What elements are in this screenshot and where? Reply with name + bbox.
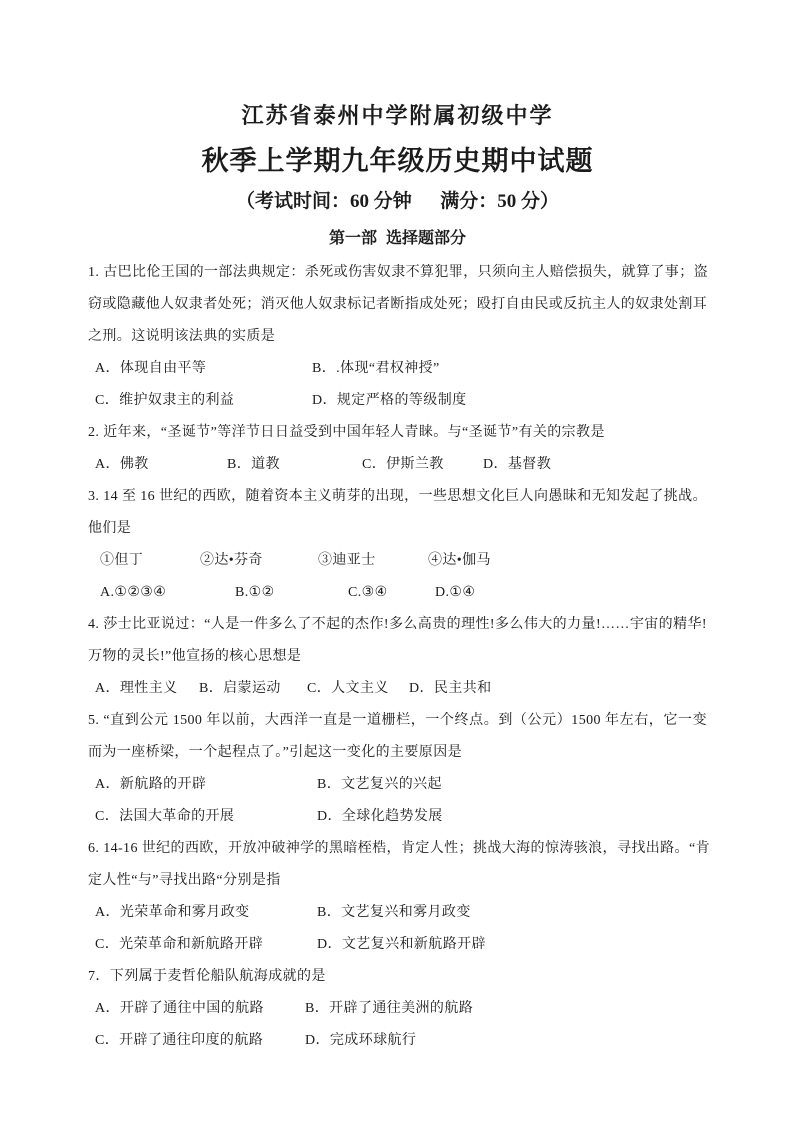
question-3-items-row: ①但丁②达•芬奇③迪亚士④达•伽马 xyxy=(88,545,707,577)
question-1-stem-line-1: 1. 古巴比伦王国的一部法典规定：杀死或伤害奴隶不算犯罪，只须向主人赔偿损失，就… xyxy=(88,257,707,289)
question-1-options-row-1: A．体现自由平等B．.体现“君权神授” xyxy=(88,353,707,385)
question-6-option-D: D．文艺复兴和新航路开辟 xyxy=(317,929,707,961)
question-4-option-D: D．民主共和 xyxy=(409,673,707,705)
question-3-item-2: ②达•芬奇 xyxy=(200,545,318,577)
school-name: 江苏省泰州中学附属初级中学 xyxy=(88,104,707,128)
question-7: 7．下列属于麦哲伦船队航海成就的是A．开辟了通往中国的航路B．开辟了通往美洲的航… xyxy=(88,961,707,1057)
exam-header: 江苏省泰州中学附属初级中学 秋季上学期九年级历史期中试题 （考试时间：60 分钟… xyxy=(88,104,707,248)
question-2-option-A: A．佛教 xyxy=(95,449,227,481)
question-6-options-row-2: C．光荣革命和新航路开辟D．文艺复兴和新航路开辟 xyxy=(88,929,707,961)
question-7-option-D: D．完成环球航行 xyxy=(305,1025,707,1057)
question-6-option-B: B．文艺复兴和雾月政变 xyxy=(317,897,707,929)
question-4-stem-line-1: 4. 莎士比亚说过：“人是一件多么了不起的杰作!多么高贵的理性!多么伟大的力量!… xyxy=(88,609,707,641)
question-4: 4. 莎士比亚说过：“人是一件多么了不起的杰作!多么高贵的理性!多么伟大的力量!… xyxy=(88,609,707,705)
question-4-stem-line-2: 万物的灵长!”他宣扬的核心思想是 xyxy=(88,641,707,673)
question-5-stem-line-2: 而为一座桥梁，一个起程点了。”引起这一变化的主要原因是 xyxy=(88,737,707,769)
question-1-option-B: B．.体现“君权神授” xyxy=(312,353,707,385)
question-5-option-D: D．全球化趋势发展 xyxy=(317,801,707,833)
question-4-option-A: A．理性主义 xyxy=(95,673,199,705)
question-1-stem-line-3: 之刑。这说明该法典的实质是 xyxy=(88,321,707,353)
question-6-option-C: C．光荣革命和新航路开辟 xyxy=(95,929,317,961)
question-7-option-C: C．开辟了通往印度的航路 xyxy=(95,1025,305,1057)
question-4-options-row-1: A．理性主义B．启蒙运动C．人文主义D．民主共和 xyxy=(88,673,707,705)
question-3-option-C: C.③④ xyxy=(348,577,435,609)
section-heading: 第一部 选择题部分 xyxy=(88,229,707,248)
question-2-option-D: D．基督教 xyxy=(483,449,707,481)
question-4-option-C: C．人文主义 xyxy=(307,673,409,705)
question-1-option-C: C．维护奴隶主的利益 xyxy=(95,385,312,417)
question-1: 1. 古巴比伦王国的一部法典规定：杀死或伤害奴隶不算犯罪，只须向主人赔偿损失，就… xyxy=(88,257,707,417)
question-4-option-B: B．启蒙运动 xyxy=(199,673,307,705)
question-3-options-row-1: A.①②③④B.①②C.③④D.①④ xyxy=(88,577,707,609)
question-6: 6. 14-16 世纪的西欧，开放冲破神学的黑暗桎梏，肯定人性；挑战大海的惊涛骇… xyxy=(88,833,707,961)
exam-title: 秋季上学期九年级历史期中试题 xyxy=(88,147,707,175)
question-6-options-row-1: A．光荣革命和雾月政变B．文艺复兴和雾月政变 xyxy=(88,897,707,929)
question-1-options-row-2: C．维护奴隶主的利益D．规定严格的等级制度 xyxy=(88,385,707,417)
question-6-stem-line-2: 定人性“与”寻找出路“分别是指 xyxy=(88,865,707,897)
exam-meta: （考试时间：60 分钟 满分：50 分） xyxy=(88,191,707,212)
question-3-item-3: ③迪亚士 xyxy=(318,545,428,577)
question-1-stem-line-2: 窃或隐藏他人奴隶者处死；消灭他人奴隶标记者断指成处死；殴打自由民或反抗主人的奴隶… xyxy=(88,289,707,321)
question-7-option-A: A．开辟了通往中国的航路 xyxy=(95,993,305,1025)
question-3-option-D: D.①④ xyxy=(435,577,707,609)
question-7-stem-line-1: 7．下列属于麦哲伦船队航海成就的是 xyxy=(88,961,707,993)
question-5-options-row-1: A．新航路的开辟B．文艺复兴的兴起 xyxy=(88,769,707,801)
question-3-stem-line-1: 3. 14 至 16 世纪的西欧，随着资本主义萌芽的出现，一些思想文化巨人向愚昧… xyxy=(88,481,707,513)
question-5-options-row-2: C．法国大革命的开展D．全球化趋势发展 xyxy=(88,801,707,833)
exam-page: 江苏省泰州中学附属初级中学 秋季上学期九年级历史期中试题 （考试时间：60 分钟… xyxy=(0,0,793,1122)
question-2-options-row-1: A．佛教B．道教C．伊斯兰教D．基督教 xyxy=(88,449,707,481)
question-7-options-row-1: A．开辟了通往中国的航路B．开辟了通往美洲的航路 xyxy=(88,993,707,1025)
question-5-option-A: A．新航路的开辟 xyxy=(95,769,317,801)
question-5-stem-line-1: 5. “直到公元 1500 年以前，大西洋一直是一道栅栏，一个终点。到（公元）1… xyxy=(88,705,707,737)
questions: 1. 古巴比伦王国的一部法典规定：杀死或伤害奴隶不算犯罪，只须向主人赔偿损失，就… xyxy=(88,257,707,1057)
question-7-option-B: B．开辟了通往美洲的航路 xyxy=(305,993,707,1025)
question-2-option-B: B．道教 xyxy=(227,449,362,481)
question-7-options-row-2: C．开辟了通往印度的航路D．完成环球航行 xyxy=(88,1025,707,1057)
question-6-option-A: A．光荣革命和雾月政变 xyxy=(95,897,317,929)
question-2: 2. 近年来，“圣诞节”等洋节日日益受到中国年轻人青睐。与“圣诞节”有关的宗教是… xyxy=(88,417,707,481)
question-5-option-B: B．文艺复兴的兴起 xyxy=(317,769,707,801)
question-3-item-1: ①但丁 xyxy=(100,545,200,577)
question-3: 3. 14 至 16 世纪的西欧，随着资本主义萌芽的出现，一些思想文化巨人向愚昧… xyxy=(88,481,707,609)
question-3-option-B: B.①② xyxy=(235,577,348,609)
question-5: 5. “直到公元 1500 年以前，大西洋一直是一道栅栏，一个终点。到（公元）1… xyxy=(88,705,707,833)
question-2-stem-line-1: 2. 近年来，“圣诞节”等洋节日日益受到中国年轻人青睐。与“圣诞节”有关的宗教是 xyxy=(88,417,707,449)
question-3-item-4: ④达•伽马 xyxy=(428,545,707,577)
question-1-option-D: D．规定严格的等级制度 xyxy=(312,385,707,417)
question-3-stem-line-2: 他们是 xyxy=(88,513,707,545)
question-1-option-A: A．体现自由平等 xyxy=(95,353,312,385)
question-3-option-A: A.①②③④ xyxy=(100,577,235,609)
question-5-option-C: C．法国大革命的开展 xyxy=(95,801,317,833)
question-2-option-C: C．伊斯兰教 xyxy=(362,449,483,481)
question-6-stem-line-1: 6. 14-16 世纪的西欧，开放冲破神学的黑暗桎梏，肯定人性；挑战大海的惊涛骇… xyxy=(88,833,707,865)
